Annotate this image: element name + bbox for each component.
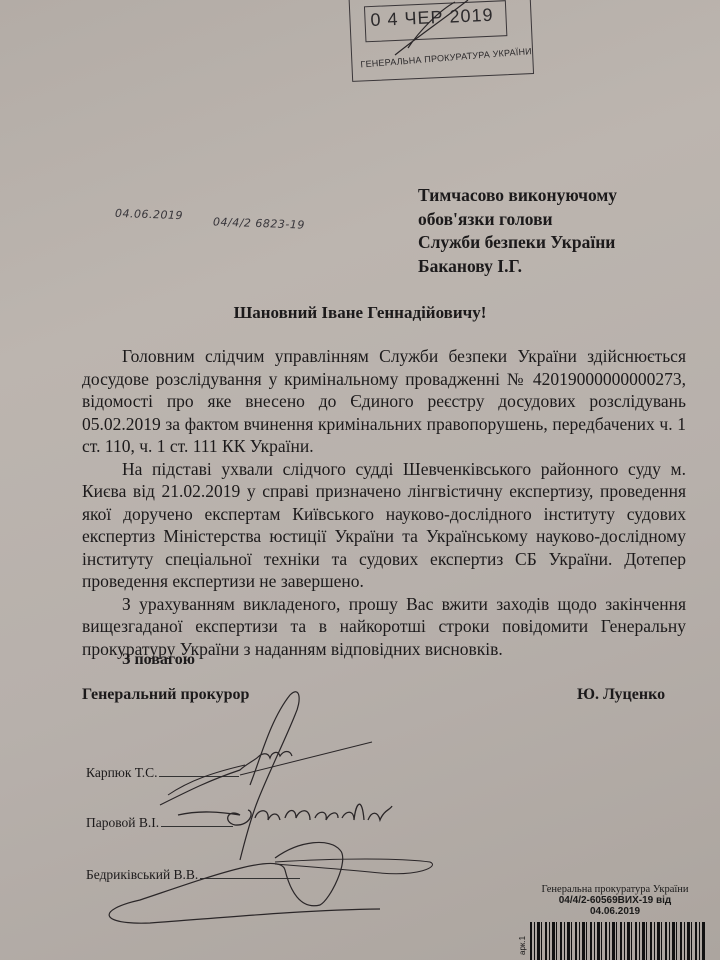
- closing-regards: З повагою: [122, 651, 195, 669]
- approver-name: Паровой В.І.: [86, 815, 159, 830]
- barcode: [530, 922, 705, 960]
- addressee-line: Тимчасово виконуючому: [418, 184, 617, 208]
- letter-page: 0 4 ЧЕР 2019 ГЕНЕРАЛЬНА ПРОКУРАТУРА УКРА…: [0, 0, 720, 960]
- addressee-line: обов'язки голови: [418, 208, 617, 232]
- signer-position: Генеральний прокурор: [82, 686, 249, 704]
- salutation: Шановний Іване Геннадійовичу!: [0, 303, 720, 323]
- registration-organization: Генеральна прокуратура України: [520, 884, 710, 895]
- addressee-line: Баканову І.Г.: [418, 255, 617, 279]
- approver-row: Паровой В.І.: [86, 815, 233, 831]
- incoming-stamp: 0 4 ЧЕР 2019 ГЕНЕРАЛЬНА ПРОКУРАТУРА УКРА…: [348, 0, 534, 82]
- body-paragraph: Головним слідчим управлінням Служби безп…: [82, 345, 686, 458]
- signature-line: [159, 776, 239, 777]
- approver-name: Бедриківський В.В.: [86, 867, 198, 882]
- outgoing-registration: Генеральна прокуратура України 04/4/2-60…: [520, 884, 710, 917]
- handwritten-reg-number: 04/4/2 6823-19: [213, 215, 305, 231]
- addressee-block: Тимчасово виконуючому обов'язки голови С…: [418, 184, 617, 278]
- registration-date: 04.06.2019: [520, 906, 710, 917]
- body-paragraph: На підставі ухвали слідчого судді Шевчен…: [82, 458, 686, 593]
- sheet-label: арк.1: [518, 936, 527, 955]
- addressee-line: Служби безпеки України: [418, 231, 617, 255]
- signature-line: [161, 826, 233, 827]
- approver-row: Карпюк Т.С.: [86, 765, 239, 781]
- signer-name: Ю. Луценко: [577, 686, 665, 704]
- approver-name: Карпюк Т.С.: [86, 765, 157, 780]
- stamp-organization: ГЕНЕРАЛЬНА ПРОКУРАТУРА УКРАЇНИ: [360, 46, 532, 69]
- signature-line: [200, 878, 300, 879]
- registration-number: 04/4/2-60569ВИХ-19 від: [520, 895, 710, 906]
- handwritten-date: 04.06.2019: [115, 207, 183, 222]
- approver-row: Бедриківський В.В.: [86, 867, 300, 883]
- letter-body: Головним слідчим управлінням Служби безп…: [82, 345, 686, 660]
- body-paragraph: З урахуванням викладеного, прошу Вас вжи…: [82, 593, 686, 661]
